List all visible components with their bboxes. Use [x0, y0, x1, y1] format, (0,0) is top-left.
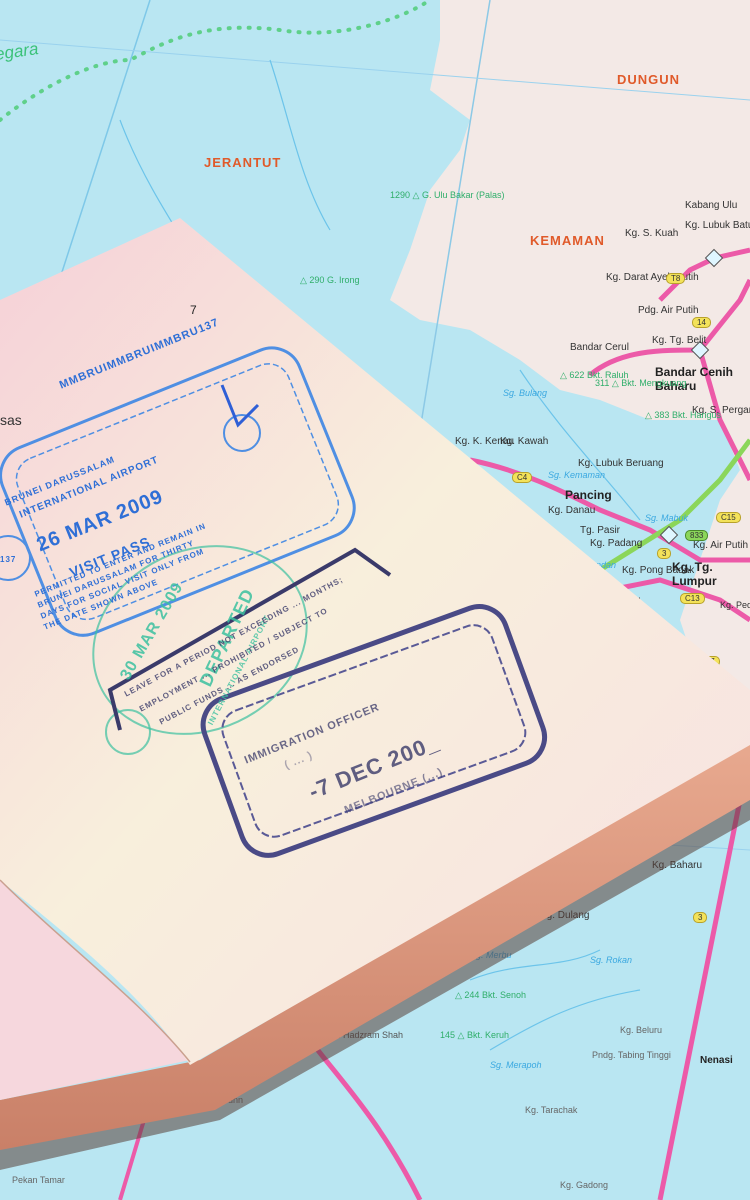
- route-shield: T8: [666, 273, 685, 284]
- map-place: Kabang Ulu: [685, 200, 737, 211]
- map-town-nenasi: Nenasi: [700, 1055, 733, 1066]
- map-town-pancing: Pancing: [565, 488, 612, 502]
- map-place: Kg. Lubuk Batu: [685, 220, 750, 231]
- peak-height: 244: [464, 990, 479, 1000]
- map-place: Bandar Dunn: [190, 1095, 243, 1105]
- peak-name: Bkt. Mengkuang: [621, 378, 686, 388]
- map-river: Pandan: [585, 560, 616, 570]
- route-shield: C4: [512, 472, 532, 483]
- map-place: Kg. Tg. Belit: [652, 335, 706, 346]
- map-town-dungun: DUNGUN: [617, 72, 680, 87]
- peak-height: 622: [569, 370, 584, 380]
- peak-name: G. Ulu Bakar (Palas): [422, 190, 505, 200]
- map-peak: △ 290 G. Irong: [300, 275, 359, 286]
- peak-height: 311: [595, 378, 609, 388]
- route-shield: 3: [657, 548, 671, 559]
- route-shield: 3: [693, 912, 707, 923]
- map-town-kemaman: KEMAMAN: [530, 233, 605, 248]
- route-shield: 833: [685, 530, 708, 541]
- map-place: Kg. Kawah: [500, 436, 548, 447]
- map-peak: 145 △ Bkt. Keruh: [440, 1030, 509, 1041]
- route-shield: C13: [680, 593, 705, 604]
- map-river: Sg. Rokan: [590, 955, 632, 965]
- map-place: Pekan Tamar: [12, 1175, 65, 1185]
- map-peak: △ 244 Bkt. Senoh: [455, 990, 526, 1001]
- road-map: JERANTUT DUNGUN KEMAMAN Pancing Bandar C…: [0, 0, 750, 1200]
- peak-name: Bkt. Senoh: [482, 990, 526, 1000]
- map-place: Tg. Pasir: [580, 525, 620, 536]
- map-place: Kg. Pong Badak: [622, 565, 694, 576]
- map-place: Pdg. Air Putih: [638, 305, 699, 316]
- peak-name: Bkt. Keruh: [467, 1030, 509, 1040]
- map-place: Kg. Baharu: [652, 860, 702, 871]
- map-place: Kg. Pedang: [720, 600, 750, 610]
- map-place: Pndg. Tabing Tinggi: [592, 1050, 671, 1060]
- peak-height: 1290: [390, 190, 410, 200]
- route-shield: 14: [692, 317, 711, 328]
- peak-name: Bkt. Hangus: [672, 410, 721, 420]
- map-river: Sg. Bulang: [503, 388, 547, 398]
- map-place: Kg. S. Kuah: [625, 228, 678, 239]
- map-river: Sg. Mabuk: [645, 513, 688, 523]
- map-place: Kg. Lubuk Beruang: [578, 458, 664, 469]
- map-river: Sg. Kemaman: [548, 470, 605, 480]
- peak-name: G. Irong: [327, 275, 360, 285]
- map-peak: △ 383 Bkt. Hangus: [645, 410, 721, 421]
- map-place: Kg. Beluru: [620, 1025, 662, 1035]
- peak-height: 290: [309, 275, 324, 285]
- map-place: Sultan Hadzram Shah: [315, 1030, 403, 1040]
- map-place: Kg. Tarachak: [525, 1105, 577, 1115]
- map-river: Sg. Merapoh: [490, 1060, 542, 1070]
- peak-height: 145: [440, 1030, 455, 1040]
- map-place: Kg. Gadong: [560, 1180, 608, 1190]
- map-peak: 311 △ Bkt. Mengkuang: [595, 378, 686, 389]
- map-place: Kg. Danau: [548, 505, 595, 516]
- photo-scene: JERANTUT DUNGUN KEMAMAN Pancing Bandar C…: [0, 0, 750, 1200]
- map-town-jerantut: JERANTUT: [204, 155, 281, 170]
- map-place: Kg. Air Putih: [693, 540, 748, 551]
- map-peak: 1290 △ G. Ulu Bakar (Palas): [390, 190, 505, 201]
- map-place: Kg. Dulang: [540, 910, 589, 921]
- route-shield: C17: [695, 656, 720, 667]
- peak-height: 383: [654, 410, 669, 420]
- map-place: Batu: [620, 595, 641, 606]
- map-place: Kg. Padang: [590, 538, 642, 549]
- map-place: Bandar Cerul: [570, 342, 629, 353]
- route-shield: C15: [716, 512, 741, 523]
- map-river: Sg. Merbu: [470, 950, 512, 960]
